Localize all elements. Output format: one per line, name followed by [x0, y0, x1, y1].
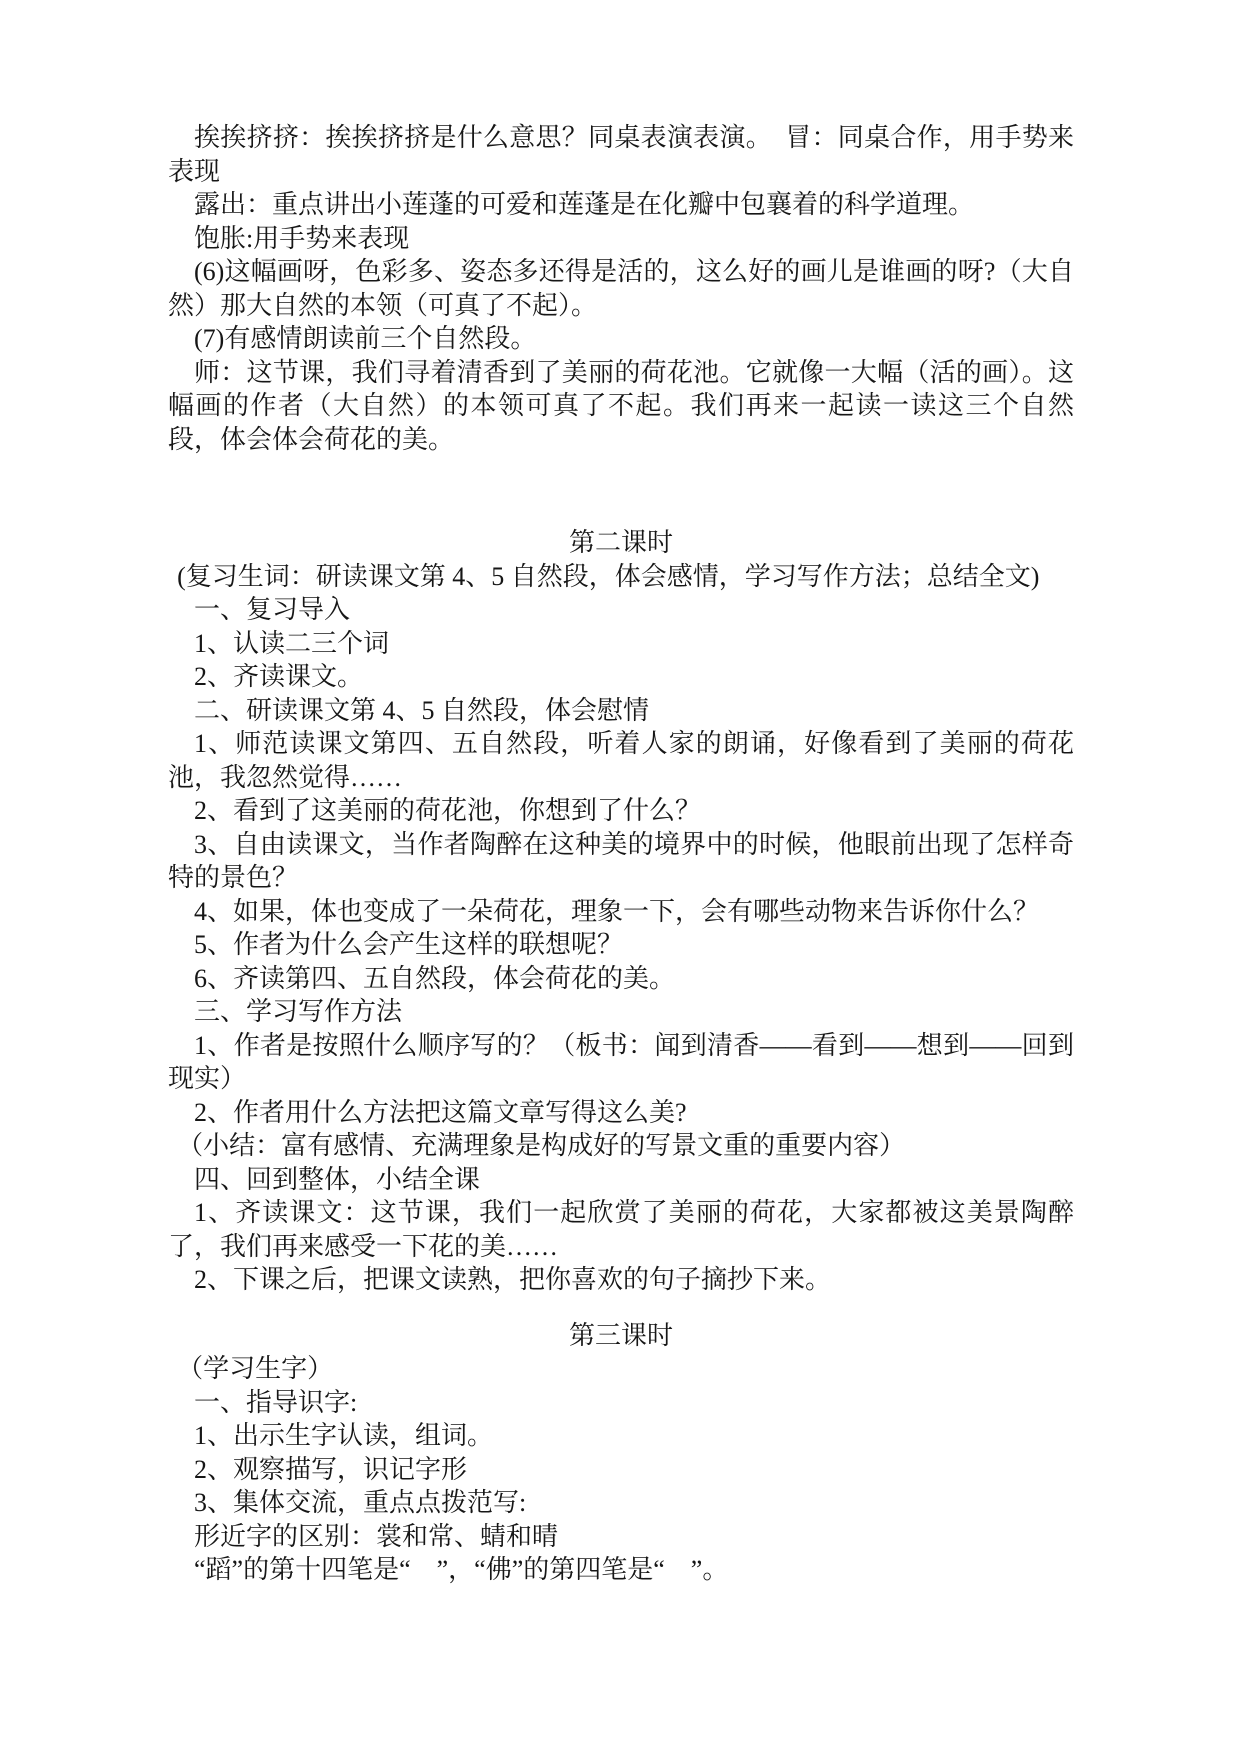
paragraph: 2、作者用什么方法把这篇文章写得这么美? [168, 1096, 1074, 1130]
paragraph: 挨挨挤挤：挨挨挤挤是什么意思？同桌表演表演。 冒：同桌合作，用手势来表现 [168, 121, 1074, 188]
paragraph: 1、齐读课文：这节课，我们一起欣赏了美丽的荷花，大家都被这美景陶醉了，我们再来感… [168, 1196, 1074, 1263]
paragraph: 师：这节课，我们寻着清香到了美丽的荷花池。它就像一大幅（活的画）。这幅画的作者（… [168, 356, 1074, 457]
paragraph: 饱胀:用手势来表现 [168, 222, 1074, 256]
paragraph: 2、看到了这美丽的荷花池，你想到了什么？ [168, 794, 1074, 828]
document-page: 挨挨挤挤：挨挨挤挤是什么意思？同桌表演表演。 冒：同桌合作，用手势来表现 露出：… [0, 0, 1241, 1754]
paragraph: 1、认读二三个词 [168, 627, 1074, 661]
paragraph: 1、作者是按照什么顺序写的？（板书：闻到清香——看到——想到——回到现实） [168, 1029, 1074, 1096]
paragraph: 1、出示生字认读，组词。 [168, 1419, 1074, 1453]
paragraph: 一、复习导入 [168, 593, 1074, 627]
paragraph: 三、学习写作方法 [168, 995, 1074, 1029]
paragraph: 3、自由读课文，当作者陶醉在这种美的境界中的时候，他眼前出现了怎样奇特的景色？ [168, 828, 1074, 895]
paragraph: 2、下课之后，把课文读熟，把你喜欢的句子摘抄下来。 [168, 1263, 1074, 1297]
session-3-objective: （学习生字） [168, 1352, 1074, 1386]
paragraph: 形近字的区别：裳和常、蜻和晴 [168, 1520, 1074, 1554]
paragraph: “蹈”的第十四笔是“ ”，“佛”的第四笔是“ ”。 [168, 1553, 1074, 1587]
session-2-heading: 第二课时 [168, 526, 1074, 560]
paragraph: 2、齐读课文。 [168, 660, 1074, 694]
session-3-heading: 第三课时 [168, 1319, 1074, 1353]
paragraph: 6、齐读第四、五自然段，体会荷花的美。 [168, 962, 1074, 996]
paragraph: 4、如果，体也变成了一朵荷花，理象一下，会有哪些动物来告诉你什么？ [168, 895, 1074, 929]
paragraph: 5、作者为什么会产生这样的联想呢？ [168, 928, 1074, 962]
paragraph: （小结：富有感情、充满理象是构成好的写景文重的重要内容） [168, 1129, 1074, 1163]
paragraph: 露出：重点讲出小莲蓬的可爱和莲蓬是在化瓣中包襄着的科学道理。 [168, 188, 1074, 222]
paragraph: 二、研读课文第 4、5 自然段，体会慰情 [168, 694, 1074, 728]
session-2-objective: (复习生词：研读课文第 4、5 自然段，体会感情，学习写作方法；总结全文) [168, 560, 1074, 594]
paragraph: 四、回到整体，小结全课 [168, 1163, 1074, 1197]
paragraph: 1、师范读课文第四、五自然段，听着人家的朗诵，好像看到了美丽的荷花池，我忽然觉得… [168, 727, 1074, 794]
paragraph: 一、指导识字: [168, 1386, 1074, 1420]
paragraph: (7)有感情朗读前三个自然段。 [168, 322, 1074, 356]
paragraph: 2、观察描写，识记字形 [168, 1453, 1074, 1487]
paragraph: 3、集体交流，重点点拨范写: [168, 1486, 1074, 1520]
document-body: 挨挨挤挤：挨挨挤挤是什么意思？同桌表演表演。 冒：同桌合作，用手势来表现 露出：… [168, 121, 1074, 1587]
paragraph: (6)这幅画呀，色彩多、姿态多还得是活的，这么好的画儿是谁画的呀?（大自然）那大… [168, 255, 1074, 322]
